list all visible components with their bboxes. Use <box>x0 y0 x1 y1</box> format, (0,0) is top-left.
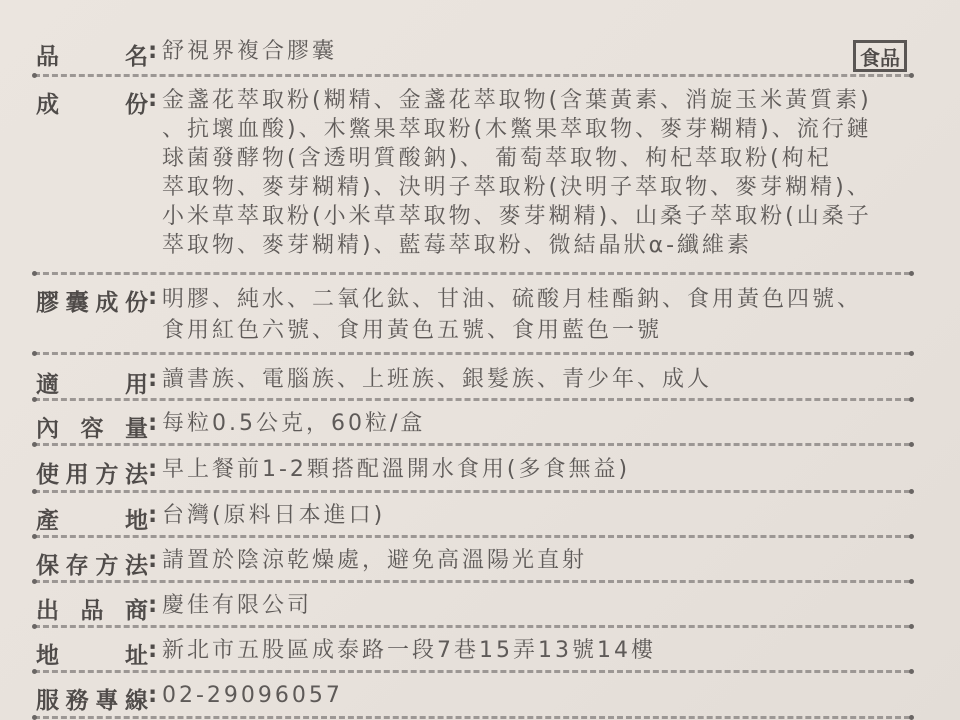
dashed-divider <box>34 443 910 446</box>
dashed-divider <box>34 625 910 628</box>
field-key: 保 存 方 法 <box>36 547 148 580</box>
field-value: 02-29096057 <box>162 682 922 710</box>
field-key: 使 用 方 法 <box>36 456 148 489</box>
field-key: 服 務 專 線 <box>36 682 148 715</box>
dashed-divider <box>34 716 910 719</box>
field-value: 明膠、純水、二氧化鈦、甘油、硫酸月桂酯鈉、食用黃色四號、 食用紅色六號、食用黃色… <box>162 284 922 346</box>
field-key: 適 用 <box>36 366 148 399</box>
dashed-divider <box>34 670 910 673</box>
dashed-divider <box>34 352 910 355</box>
dashed-divider <box>34 398 910 401</box>
field-value: 讀書族、電腦族、上班族、銀髮族、青少年、成人 <box>162 366 922 394</box>
field-key: 膠 囊 成 份 <box>36 284 148 317</box>
dashed-divider <box>34 580 910 583</box>
field-key: 品 名 <box>36 38 148 71</box>
field-key: 地 址 <box>36 637 148 670</box>
field-value: 新北市五股區成泰路一段7巷15弄13號14樓 <box>162 637 922 665</box>
field-value: 早上餐前1-2顆搭配溫開水食用(多食無益) <box>162 456 922 484</box>
dashed-divider <box>34 74 910 77</box>
field-value: 舒視界複合膠囊 <box>162 38 922 66</box>
field-value: 請置於陰涼乾燥處，避免高溫陽光直射 <box>162 547 922 575</box>
field-value: 慶佳有限公司 <box>162 592 922 620</box>
product-label: 食品 品 名 : 舒視界複合膠囊 成 份 : 金盞花萃取粉(糊精、金盞花萃取物(… <box>0 0 960 720</box>
field-value: 台灣(原料日本進口) <box>162 502 922 530</box>
dashed-divider <box>34 535 910 538</box>
field-key: 產 地 <box>36 502 148 535</box>
field-value: 每粒0.5公克，60粒/盒 <box>162 410 922 438</box>
field-key: 內 容 量 <box>36 410 148 443</box>
field-key: 成 份 <box>36 86 148 119</box>
dashed-divider <box>34 272 910 275</box>
field-value: 金盞花萃取粉(糊精、金盞花萃取物(含葉黃素、消旋玉米黃質素) 、抗壞血酸)、木鱉… <box>162 86 922 260</box>
dashed-divider <box>34 490 910 493</box>
field-key: 出 品 商 <box>36 592 148 625</box>
